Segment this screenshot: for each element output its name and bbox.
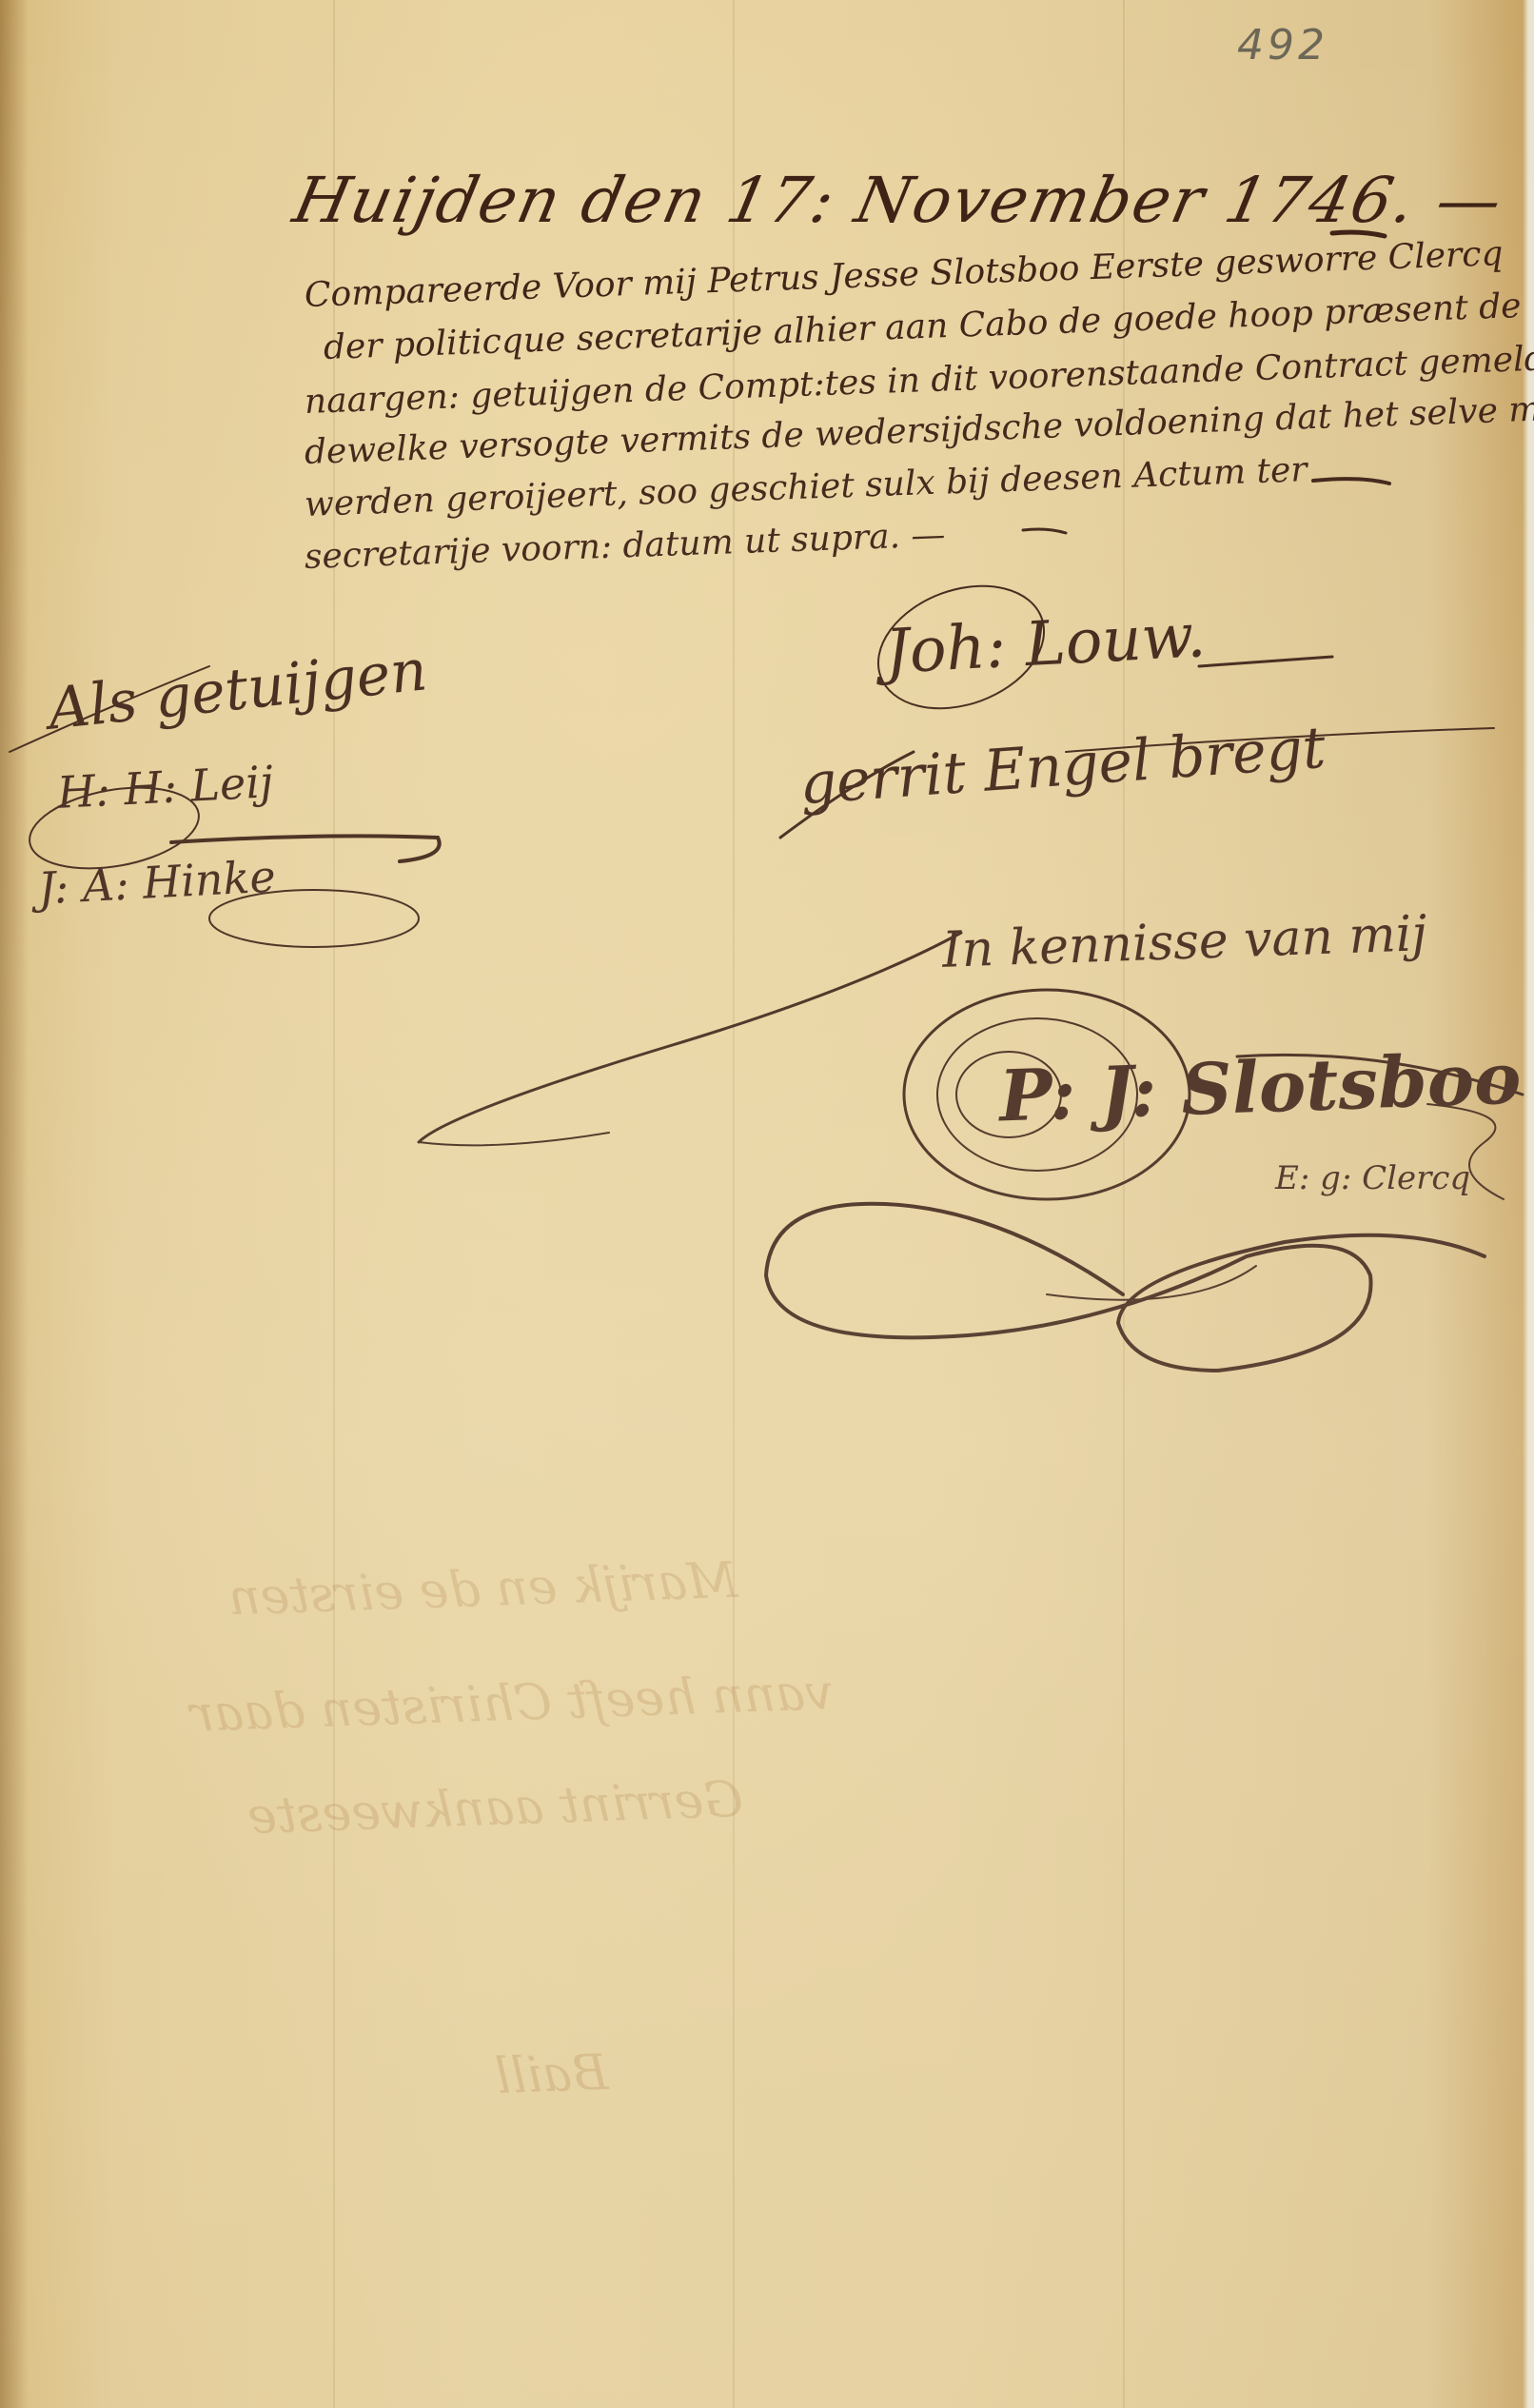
document-page: 492 Huijden den 17: November 1746. — Com…: [0, 0, 1534, 2408]
calligraphic-flourishes: [0, 0, 1534, 2408]
bleed-through-text: Baill: [494, 2044, 609, 2105]
